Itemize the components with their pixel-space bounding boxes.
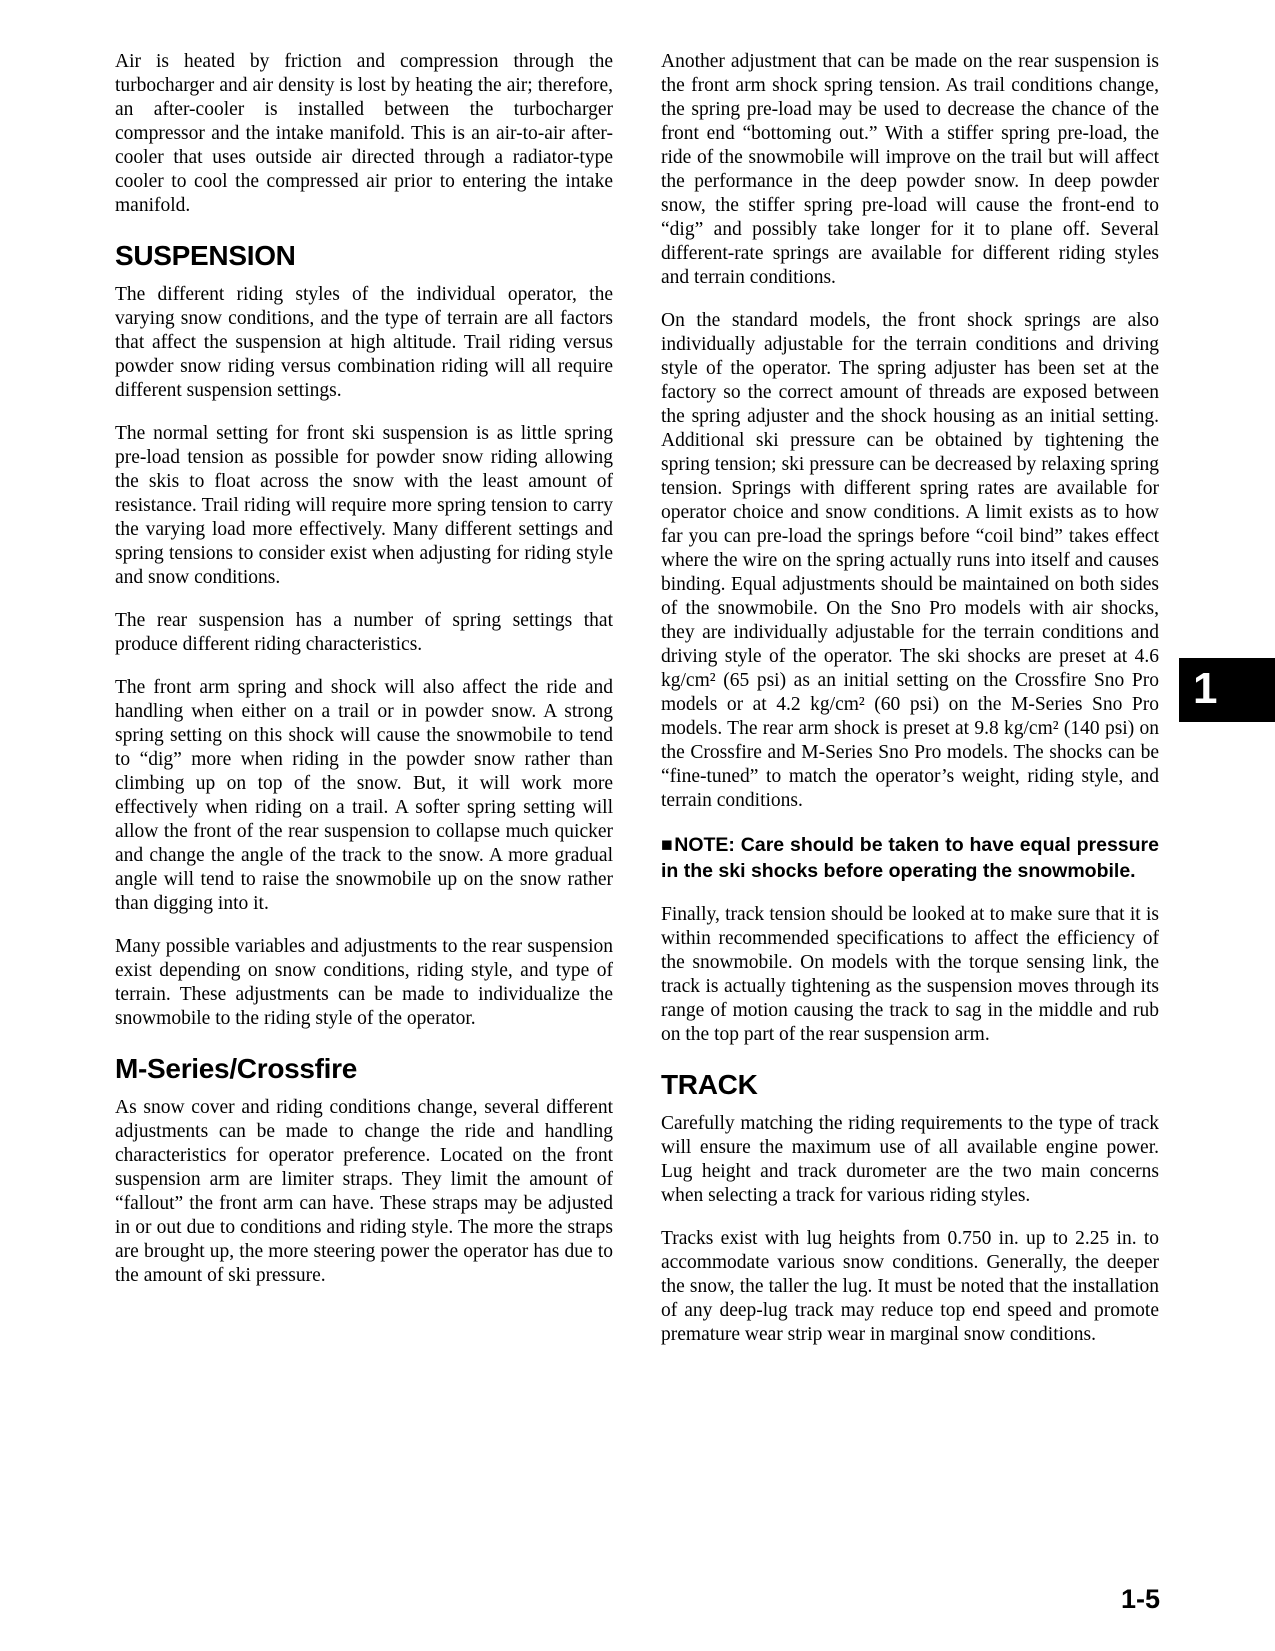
section-heading-track: TRACK: [661, 1070, 1159, 1100]
paragraph-track-tension: Finally, track tension should be looked …: [661, 903, 1159, 1047]
section-heading-suspension: SUSPENSION: [115, 241, 613, 271]
chapter-tab-number: 1: [1193, 664, 1217, 713]
paragraph-front-arm-spring: The front arm spring and shock will also…: [115, 676, 613, 916]
note-text: NOTE: Care should be taken to have equal…: [661, 834, 1159, 882]
paragraph-intercooler: Air is heated by friction and compressio…: [115, 50, 613, 218]
paragraph-standard-models-springs: On the standard models, the front shock …: [661, 309, 1159, 813]
chapter-tab: 1: [1179, 658, 1275, 722]
text-columns: Air is heated by friction and compressio…: [115, 50, 1159, 1366]
paragraph-riding-styles: The different riding styles of the indiv…: [115, 283, 613, 403]
paragraph-rear-suspension-settings: The rear suspension has a number of spri…: [115, 609, 613, 657]
paragraph-track-matching: Carefully matching the riding requiremen…: [661, 1112, 1159, 1208]
page-number: 1-5: [115, 1584, 1160, 1615]
paragraph-front-arm-shock-tension: Another adjustment that can be made on t…: [661, 50, 1159, 290]
paragraph-lug-heights: Tracks exist with lug heights from 0.750…: [661, 1227, 1159, 1347]
manual-page: Air is heated by friction and compressio…: [0, 0, 1275, 1651]
section-heading-mseries-crossfire: M-Series/Crossfire: [115, 1054, 613, 1084]
left-column: Air is heated by friction and compressio…: [115, 50, 613, 1366]
right-column: Another adjustment that can be made on t…: [661, 50, 1159, 1366]
paragraph-rear-variables: Many possible variables and adjustments …: [115, 935, 613, 1031]
note-paragraph: ■NOTE: Care should be taken to have equa…: [661, 832, 1159, 884]
note-square-icon: ■: [661, 834, 673, 856]
paragraph-limiter-straps: As snow cover and riding conditions chan…: [115, 1096, 613, 1288]
paragraph-front-ski-setting: The normal setting for front ski suspens…: [115, 422, 613, 590]
